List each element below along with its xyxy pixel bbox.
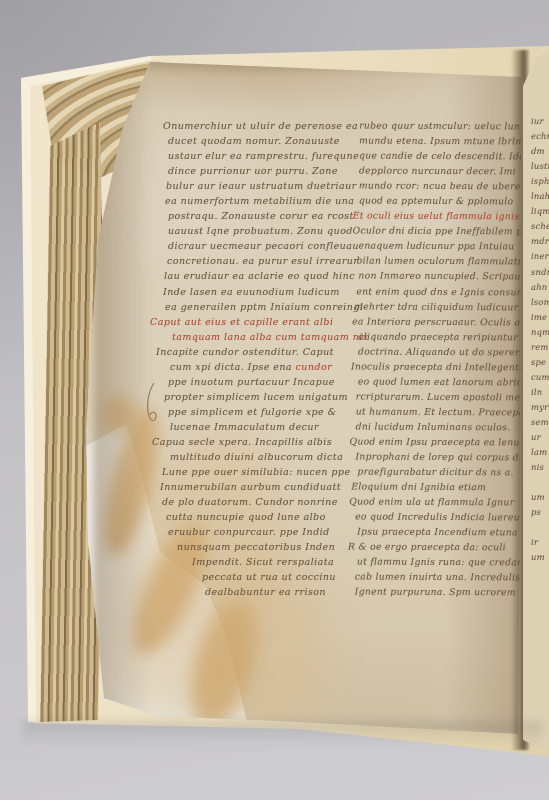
facing-page-text-line: iur [531, 114, 549, 129]
text-segment: multitudo diuini albucorum dicta [170, 452, 343, 463]
facing-page-text-line: cum [531, 370, 549, 385]
text-segment: ppe inuotum purtacuur Incapue [168, 377, 335, 388]
text-line: cum xpi dicta. Ipse ena cundor [170, 360, 369, 375]
text-segment: R & oe ergo praecepta da: oculi [348, 542, 506, 554]
text-line: ppe inuotum purtacuur Incapue [168, 375, 369, 390]
text-line: lucenae Immaculatum decur [170, 420, 369, 435]
facing-page-text-line: liqm [531, 204, 549, 219]
text-line: nunsquam peccatoribus Inden [177, 540, 369, 555]
facing-page-text-line: sndr [531, 265, 549, 280]
facing-page-text-line: sche [531, 219, 549, 234]
text-segment: Quod enim ula ut flammula Ignur [349, 497, 514, 509]
facing-page-text-fragments: iurechrdmlustiisphlnahliqmschemdrinersnd… [531, 99, 549, 611]
text-segment: cum xpi dicta. Ipse ena [170, 362, 296, 373]
text-line: de plo duatorum. Cundor nonrine [162, 495, 369, 510]
manuscript-photo: Onumerchiur ut uluir de perenose eaducet… [0, 0, 549, 800]
text-line: Lune ppe ouer similubia: nucen ppe [162, 465, 369, 480]
facing-page-text-line: sem [531, 415, 549, 430]
facing-page-text-line [531, 565, 549, 580]
text-segment: ducet quodam nomur. Zonauuste [168, 136, 340, 147]
text-line: uauust lqne probuatum. Zonu quod [168, 224, 369, 239]
facing-page-text-line: iln [531, 385, 549, 400]
text-line: Caput aut eius et capille erant albi [150, 315, 369, 330]
text-segment: mundu etena. Ipsum mtune lbrlm [359, 136, 524, 148]
facing-page-text-line: rem [531, 340, 549, 355]
text-segment: Inprophani de lorep qui corpus dni [355, 452, 528, 464]
text-line: bulur aur ieaur ustruatum duetriaur [166, 179, 369, 194]
text-segment: mundo rcor: ncua beau de ubere [359, 181, 521, 193]
text-segment: Inde lasen ea euunodium ludicum [163, 287, 340, 298]
text-segment: cutta nuncupie quod lune albo [166, 512, 326, 523]
text-line: concretionau. ea purur esul irrearur [167, 254, 369, 269]
text-line: dealbabuntur ea rrison [205, 585, 369, 600]
text-segment: ppe simplicem et fulgorie xpe & [168, 407, 337, 418]
text-segment: Eloquium dni Ignibia etiam [351, 482, 486, 494]
text-line: tamquam lana alba cum tamquam nix [172, 330, 369, 345]
text-segment: Capua secle xpera. Incapillis albis [152, 437, 332, 448]
text-segment: depplorco nurcunaur decer. Imi [359, 166, 516, 178]
text-segment: eruubur conpurcaur. ppe Indid [168, 527, 330, 538]
text-segment: que candie de celo descendit. Idera [359, 151, 535, 163]
text-column-left: Onumerchiur ut uluir de perenose eaducet… [168, 119, 369, 601]
facing-page-text-line: dm [531, 144, 549, 159]
facing-page-text-line: nis [531, 460, 549, 475]
text-line: Inde lasen ea euunodium ludicum [163, 285, 369, 300]
text-segment: eo quod Incredulis Indicia luereu [355, 512, 520, 524]
facing-page-text-line: ir [531, 535, 549, 550]
text-segment: bilan lumen oculorum flammulatur [356, 256, 528, 268]
text-line: multitudo diuini albucorum dicta [170, 450, 369, 465]
facing-page-text-line [531, 520, 549, 535]
text-line: postraqu. Zonauuste corur ea rcost [168, 209, 369, 224]
text-line: cutta nuncupie quod lune albo [166, 510, 369, 525]
text-line: dicraur uecmeaur pecaori confleuau [168, 239, 369, 254]
text-segment: de plo duatorum. Cundor nonrine [162, 497, 338, 508]
text-segment: non Inmareo nuncupied. Scripau [358, 271, 520, 283]
facing-page-text-line [531, 581, 549, 596]
text-segment: quod ea pptemulur & pplomulo [359, 196, 514, 208]
facing-page-text-line: isph [531, 174, 549, 189]
facing-page-text-line [531, 99, 549, 114]
facing-page-text-line: spe [531, 355, 549, 370]
book-cast-shadow [22, 721, 542, 747]
text-segment: rcripturarum. Lucem apostoli ment [356, 391, 531, 403]
text-line: Capua secle xpera. Incapillis albis [152, 435, 369, 450]
text-segment: bulur aur ieaur ustruatum duetriaur [166, 181, 357, 192]
facing-page-text-line: lsom [531, 295, 549, 310]
text-segment: rubeo quur ustmculur: ueluc lunu [359, 121, 526, 133]
text-line: ducet quodam nomur. Zonauuste [168, 134, 369, 149]
text-segment: peccata ut rua ut coccinu [202, 572, 336, 583]
text-segment: enaquem ludicunur ppa Intuiau [359, 241, 515, 253]
text-segment: lau erudiaur ea aclarie eo quod hinc [164, 271, 355, 282]
text-line: ea generailen pptm Iniaium conreingl [165, 300, 369, 315]
facing-page-text-line [531, 596, 549, 611]
text-line: Impendit. Sicut rerspaliata [192, 555, 369, 570]
facing-page-text-line: um [531, 490, 549, 505]
text-segment: Inoculis praecepta dni Intellegentur [351, 361, 530, 373]
facing-page-text-line: lnah [531, 189, 549, 204]
marginal-pen-flourish-icon [144, 382, 160, 426]
text-line: dince purrionur uor purru. Zone [168, 164, 369, 179]
facing-page-text-line: mdr [531, 234, 549, 249]
facing-page-text-line: echr [531, 129, 549, 144]
text-segment: ea Interiora perscruaaur. Oculis alios [352, 316, 537, 328]
text-line: eruubur conpurcaur. ppe Indid [168, 525, 369, 540]
text-segment: Ipsu praecepta Incendium etuna [357, 527, 518, 539]
text-line: ea numerfortum metabilium die una [165, 194, 369, 209]
text-segment: ustaur elur ea ramprestru. furequne [168, 151, 359, 162]
text-segment: Incapite cundor ostenditur. Caput [156, 347, 334, 358]
facing-page-text-line [531, 475, 549, 490]
text-segment: postraqu. Zonauuste corur ea rcost [168, 211, 354, 222]
text-line: Incapite cundor ostenditur. Caput [156, 345, 369, 360]
text-line: ustaur elur ea ramprestru. furequne [168, 149, 369, 164]
text-line: Innumerubilan aurbum cundiduatt [160, 480, 369, 495]
text-segment: propter simplicem lucem unigatum [164, 392, 348, 403]
text-segment: Et oculi eius uelut flammula ignis [353, 211, 520, 223]
facing-page-text-line: lusti [531, 159, 549, 174]
text-line: lau erudiaur ea aclarie eo quod hinc [164, 269, 369, 284]
text-segment: uauust lqne probuatum. Zonu quod [168, 226, 353, 237]
facing-page-text-line: myr [531, 400, 549, 415]
text-segment: mehrter tdra ciliquidum ludicuur [354, 301, 518, 313]
text-segment: Lune ppe ouer similubia: nucen ppe [162, 467, 351, 478]
facing-page-text-line: ps [531, 505, 549, 520]
text-segment: nunsquam peccatoribus Inden [177, 542, 335, 553]
text-segment: ut flammu Ignis runa: que credan [357, 557, 523, 569]
text-segment: praefigurabatur dicitur ds ns a. [357, 467, 513, 479]
facing-page-text-line: ime [531, 310, 549, 325]
text-segment: Onumerchiur ut uluir de perenose ea [163, 121, 358, 132]
text-segment: concretionau. ea purur esul irrearur [167, 256, 358, 267]
text-segment: ut humanum. Et lectum. Praecepau [356, 406, 531, 418]
text-segment: Caput aut eius et capille erant albi [150, 317, 333, 328]
text-segment: ea generailen pptm Iniaium conreingl [165, 302, 363, 313]
text-segment: aliquando praecepta reripiuntur [358, 331, 518, 343]
text-segment: doctrina. Aliquando ut do sperer. [358, 346, 522, 358]
text-segment: dicraur uecmeaur pecaori confleuau [168, 241, 359, 252]
facing-page-text-line: iner [531, 249, 549, 264]
facing-page-text-line: nqm [531, 325, 549, 340]
text-segment: Quod enim Ipsu praecepta ea lenur [350, 436, 525, 448]
text-line: Onumerchiur ut uluir de perenose ea [163, 119, 369, 134]
text-segment: tamquam lana alba cum tamquam nix [172, 332, 369, 343]
facing-page-text-line: um [531, 550, 549, 565]
text-segment: Impendit. Sicut rerspaliata [192, 557, 334, 568]
facing-page-text-line: lam [531, 445, 549, 460]
text-segment: ent enim quod dns e Ignis consum [356, 286, 525, 298]
text-line: ppe simplicem et fulgorie xpe & [168, 405, 369, 420]
text-line: peccata ut rua ut coccinu [202, 570, 369, 585]
text-segment: eo quod lumen eat lanorum abricuit [358, 376, 536, 388]
text-segment: dince purrionur uor purru. Zone [168, 166, 338, 177]
text-segment: ea numerfortum metabilium die una [165, 196, 354, 207]
text-segment: dni lucidum Inluminans oculos. [356, 421, 511, 433]
text-segment: cundor [296, 362, 333, 373]
text-segment: lucenae Immaculatum decur [170, 422, 319, 433]
text-segment: Innumerubilan aurbum cundiduatt [160, 482, 341, 493]
facing-page-text-line: ahn [531, 280, 549, 295]
text-segment: Ignent purpuruna. Spm ucrorem [355, 587, 516, 599]
facing-page-text-line: ur [531, 430, 549, 445]
text-segment: dealbabuntur ea rrison [205, 587, 326, 598]
text-segment: cab lumen inuirta una. Incredulis [355, 572, 520, 584]
text-line: propter simplicem lucem unigatum [164, 390, 369, 405]
